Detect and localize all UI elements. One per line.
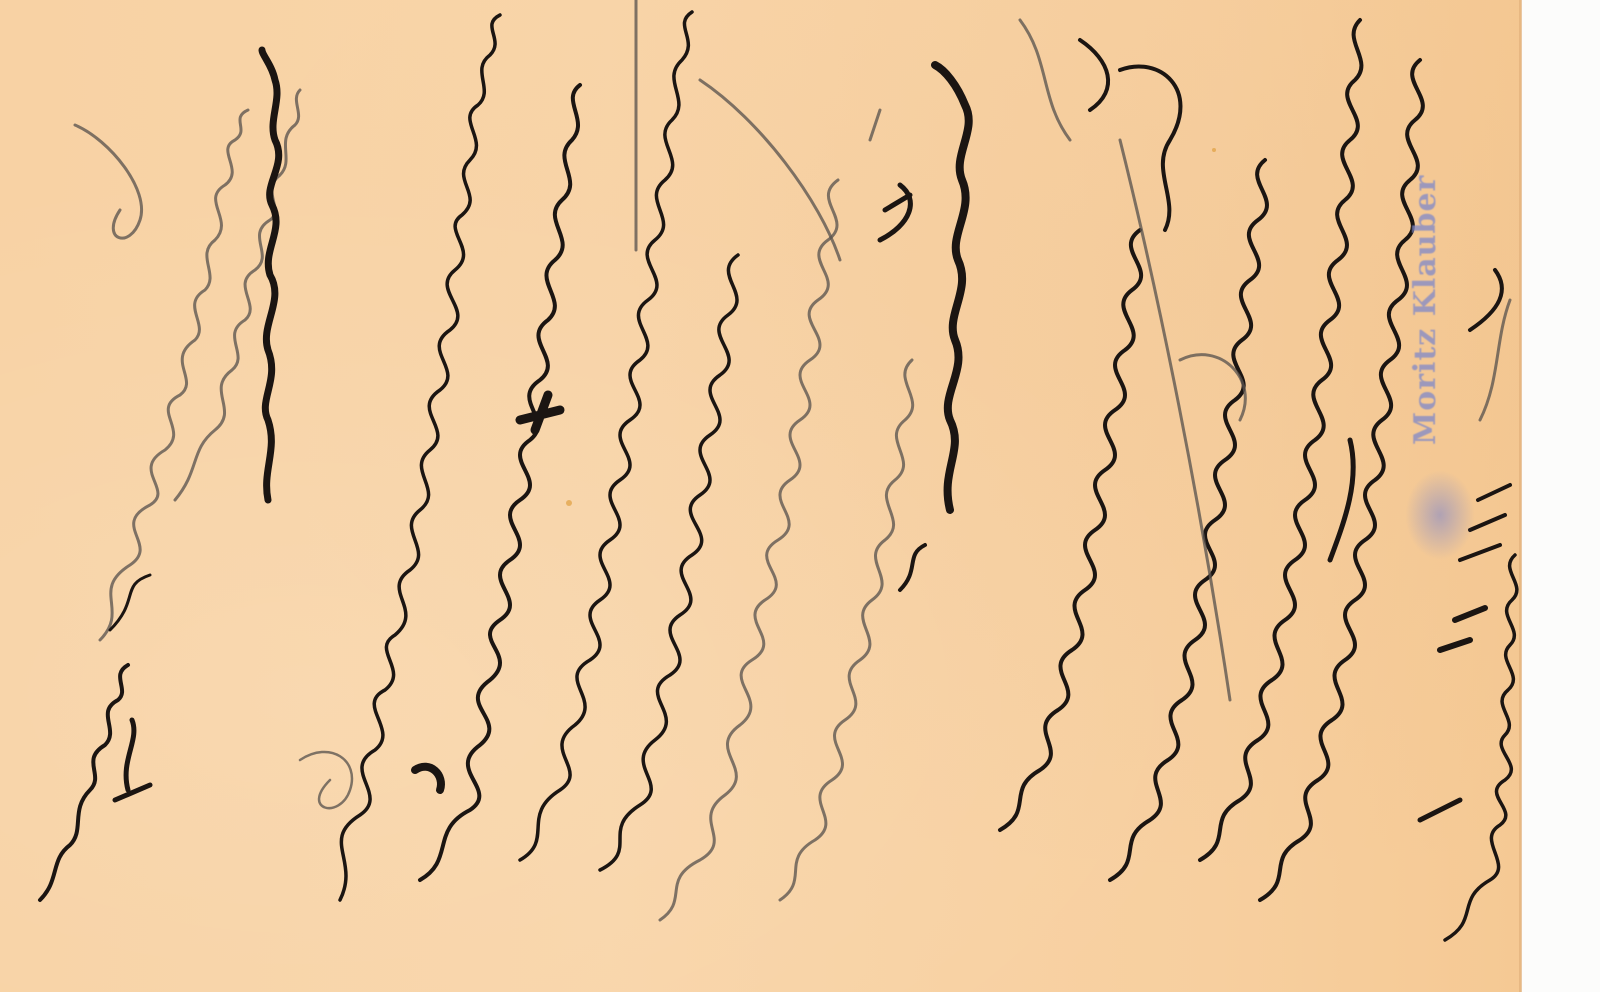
handwriting-strokes — [0, 0, 1600, 992]
sender-stamp: Moritz Klauber — [1408, 70, 1468, 550]
address-strokes — [40, 50, 300, 900]
body-strokes — [300, 0, 1423, 920]
foxing-spot — [1212, 148, 1216, 152]
foxing-spot — [566, 500, 572, 506]
